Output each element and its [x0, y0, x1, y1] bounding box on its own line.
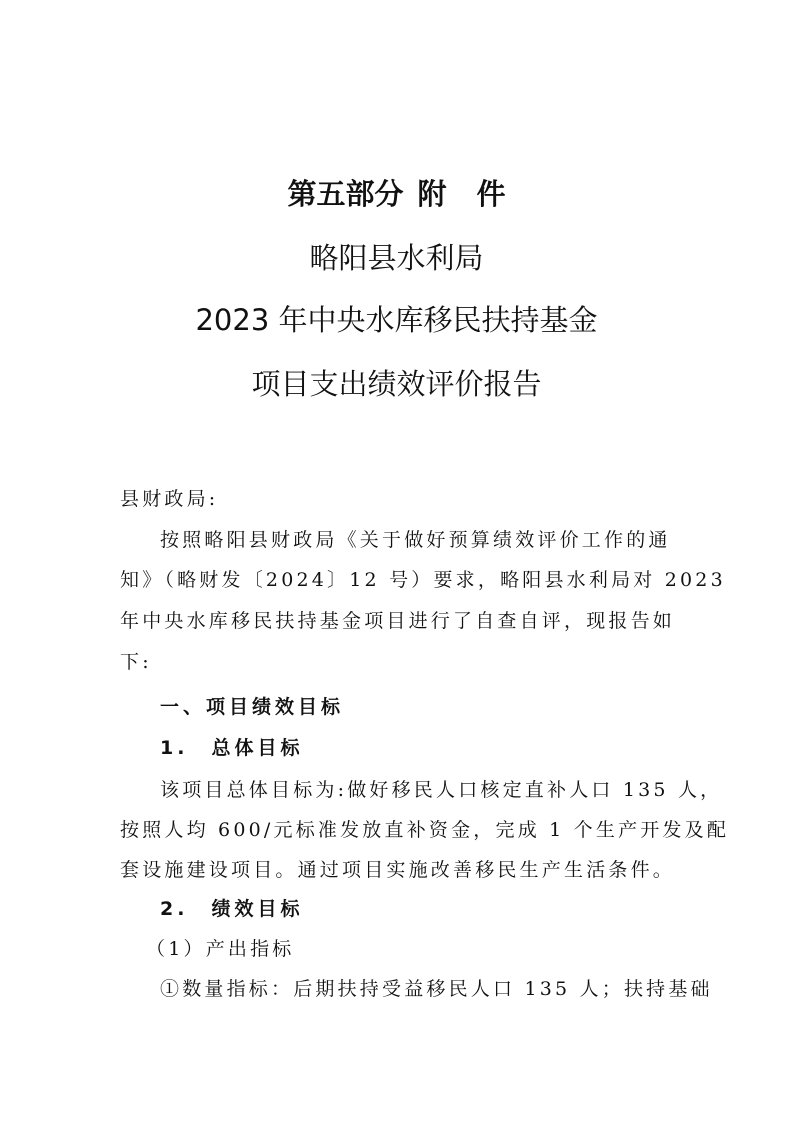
overall-goal-line: 该项目总体目标为:做好移民人口核定直补人口 135 人，: [160, 775, 722, 802]
attachment-char-2: 件: [477, 177, 506, 211]
part-label: 第五部分: [287, 177, 403, 211]
output-indicator-heading: （1）产出指标: [146, 934, 295, 961]
document-page: 第五部分附件 略阳县水利局 2023 年中央水库移民扶持基金 项目支出绩效评价报…: [0, 0, 793, 1122]
fund-title: 2023 年中央水库移民扶持基金: [0, 298, 793, 339]
overall-goal-line: 套设施建设项目。通过项目实施改善移民生产生活条件。: [120, 855, 675, 882]
section-heading-1: 一、项目绩效目标: [160, 692, 344, 719]
intro-line: 知》（略财发〔2024〕12 号）要求，略阳县水利局对 2023: [120, 565, 726, 592]
intro-line: 下:: [120, 647, 152, 674]
part-heading: 第五部分附件: [0, 172, 793, 213]
quantity-indicator-line: ①数量指标：后期扶持受益移民人口 135 人；扶持基础: [160, 974, 713, 1001]
organization-title: 略阳县水利局: [0, 236, 793, 277]
report-title: 项目支出绩效评价报告: [0, 362, 793, 403]
intro-line: 年中央水库移民扶持基金项目进行了自查自评，现报告如: [120, 606, 675, 633]
subsection-heading-overall-goal: 1. 总体目标: [160, 733, 303, 760]
salutation: 县财政局:: [120, 484, 218, 511]
overall-goal-line: 按照人均 600/元标准发放直补资金，完成 1 个生产开发及配: [120, 815, 729, 842]
intro-line: 按照略阳县财政局《关于做好预算绩效评价工作的通: [160, 525, 671, 552]
subsection-heading-performance-goal: 2. 绩效目标: [160, 894, 303, 921]
attachment-char-1: 附: [417, 177, 446, 211]
